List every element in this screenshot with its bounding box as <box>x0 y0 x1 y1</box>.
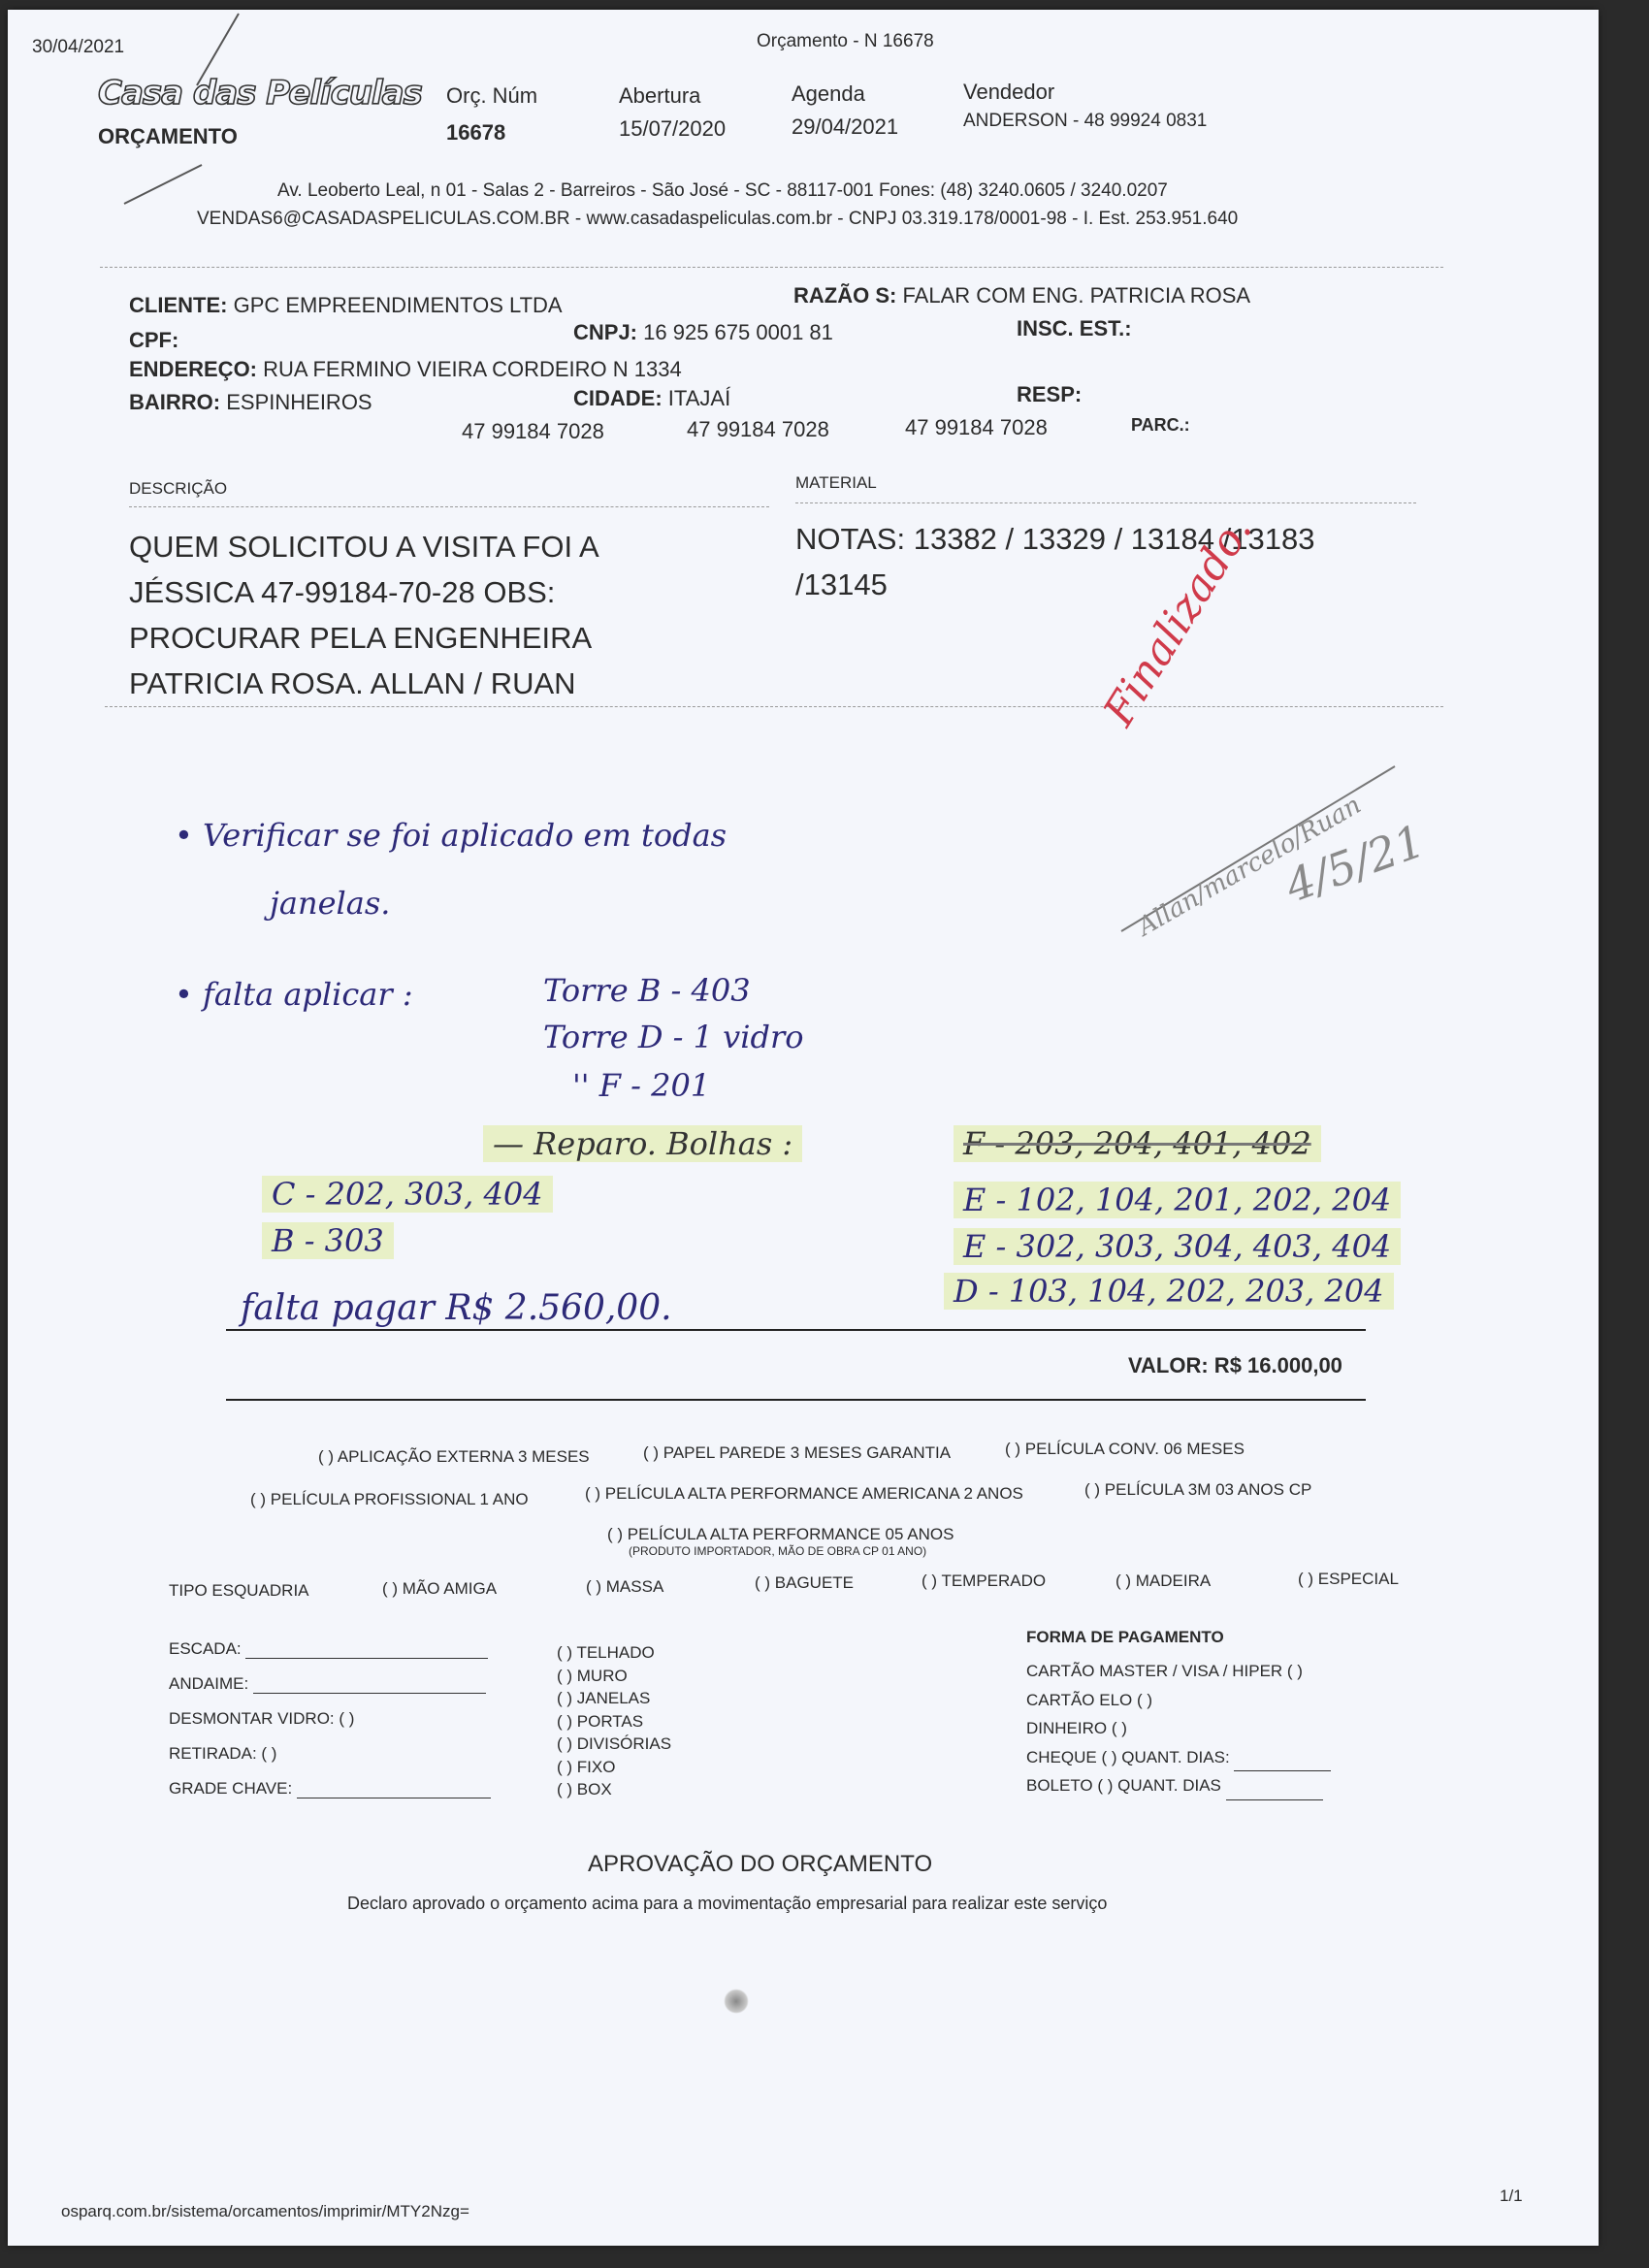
page-number: 1/1 <box>1500 2187 1523 2206</box>
payment-cartao-master[interactable]: CARTÃO MASTER / VISA / HIPER ( ) <box>1026 1657 1331 1686</box>
esquadria-mao-amiga[interactable]: ( ) MÃO AMIGA <box>382 1579 497 1599</box>
approval-title: APROVAÇÃO DO ORÇAMENTO <box>588 1851 932 1878</box>
service-janelas[interactable]: ( ) JANELAS <box>557 1687 671 1710</box>
option-pelicula-3m[interactable]: ( ) PELÍCULA 3M 03 ANOS CP <box>1084 1480 1311 1500</box>
handwritten-note: Torre D - 1 vidro <box>543 1019 804 1055</box>
service-fixo[interactable]: ( ) FIXO <box>557 1756 671 1779</box>
field-escada[interactable]: ESCADA: <box>169 1639 488 1659</box>
handwritten-reparo-f: F - 203, 204, 401, 402 <box>954 1125 1321 1162</box>
material-label: MATERIAL <box>795 473 877 493</box>
divider <box>226 1329 1366 1331</box>
handwritten-reparo: — Reparo. Bolhas : <box>483 1125 802 1162</box>
handwritten-note: janelas. <box>270 885 390 922</box>
service-divisorias[interactable]: ( ) DIVISÓRIAS <box>557 1733 671 1756</box>
razao-social: RAZÃO S: FALAR COM ENG. PATRICIA ROSA <box>793 283 1250 308</box>
esquadria-especial[interactable]: ( ) ESPECIAL <box>1298 1570 1399 1589</box>
cpf-label: CPF: <box>129 328 178 353</box>
handwritten-note: Torre B - 403 <box>543 972 751 1009</box>
handwritten-reparo-row: B - 303 <box>262 1222 394 1259</box>
doc-type: ORÇAMENTO <box>98 124 238 149</box>
field-value-vendedor: ANDERSON - 48 99924 0831 <box>963 111 1207 132</box>
phone-2: 47 99184 7028 <box>687 417 829 442</box>
client-address: ENDEREÇO: RUA FERMINO VIEIRA CORDEIRO N … <box>129 357 682 382</box>
option-pelicula-alta-performance[interactable]: ( ) PELÍCULA ALTA PERFORMANCE 05 ANOS <box>607 1525 954 1544</box>
company-contact: VENDAS6@CASADASPELICULAS.COM.BR - www.ca… <box>197 209 1238 230</box>
service-telhado[interactable]: ( ) TELHADO <box>557 1641 671 1665</box>
esquadria-madeira[interactable]: ( ) MADEIRA <box>1115 1571 1211 1591</box>
payment-dinheiro[interactable]: DINHEIRO ( ) <box>1026 1714 1331 1743</box>
handwritten-note: '' F - 201 <box>572 1067 710 1104</box>
esquadria-label: TIPO ESQUADRIA <box>169 1581 309 1601</box>
divider <box>795 502 1416 503</box>
resp-label: RESP: <box>1017 382 1082 407</box>
divider <box>100 267 1443 268</box>
payment-boleto[interactable]: BOLETO ( ) QUANT. DIAS <box>1026 1771 1331 1800</box>
client-cidade: CIDADE: ITAJAÍ <box>573 386 730 411</box>
option-pelicula-conv[interactable]: ( ) PELÍCULA CONV. 06 MESES <box>1005 1440 1245 1459</box>
field-label-agenda: Agenda <box>792 81 865 107</box>
pen-stroke-mark <box>105 146 221 213</box>
valor-total: VALOR: R$ 16.000,00 <box>1128 1353 1342 1378</box>
descricao-text: QUEM SOLICITOU A VISITA FOI A JÉSSICA 47… <box>129 524 599 706</box>
field-label-abertura: Abertura <box>619 83 700 109</box>
field-label-orc-num: Orç. Núm <box>446 83 537 109</box>
company-logo: Casa das Películas <box>98 74 422 113</box>
payment-cheque[interactable]: CHEQUE ( ) QUANT. DIAS: <box>1026 1743 1331 1772</box>
option-pelicula-americana[interactable]: ( ) PELÍCULA ALTA PERFORMANCE AMERICANA … <box>585 1484 1023 1504</box>
field-label-vendedor: Vendedor <box>963 80 1054 105</box>
divider <box>226 1399 1366 1401</box>
service-muro[interactable]: ( ) MURO <box>557 1665 671 1688</box>
handwritten-note: • Verificar se foi aplicado em todas <box>175 817 727 854</box>
service-portas[interactable]: ( ) PORTAS <box>557 1710 671 1733</box>
field-value-agenda: 29/04/2021 <box>792 114 898 140</box>
print-date: 30/04/2021 <box>32 37 124 58</box>
esquadria-baguete[interactable]: ( ) BAGUETE <box>755 1573 854 1593</box>
client-bairro: BAIRRO: ESPINHEIROS <box>129 390 372 415</box>
cnpj: CNPJ: 16 925 675 0001 81 <box>573 320 833 345</box>
esquadria-massa[interactable]: ( ) MASSA <box>586 1577 663 1597</box>
handwritten-reparo-row: E - 302, 303, 304, 403, 404 <box>954 1228 1401 1265</box>
company-address: Av. Leoberto Leal, n 01 - Salas 2 - Barr… <box>277 180 1168 202</box>
payment-cartao-elo[interactable]: CARTÃO ELO ( ) <box>1026 1686 1331 1715</box>
divider <box>129 506 769 507</box>
handwritten-reparo-row: D - 103, 104, 202, 203, 204 <box>944 1273 1394 1310</box>
payment-options: CARTÃO MASTER / VISA / HIPER ( ) CARTÃO … <box>1026 1657 1331 1800</box>
client-name: CLIENTE: GPC EMPREENDIMENTOS LTDA <box>129 293 563 318</box>
paper-stain <box>724 1989 749 2014</box>
option-papel-parede[interactable]: ( ) PAPEL PAREDE 3 MESES GARANTIA <box>643 1443 951 1463</box>
footer-url: osparq.com.br/sistema/orcamentos/imprimi… <box>61 2202 469 2221</box>
field-desmontar-vidro[interactable]: DESMONTAR VIDRO: ( ) <box>169 1709 354 1729</box>
field-retirada[interactable]: RETIRADA: ( ) <box>169 1744 276 1764</box>
field-value-orc-num: 16678 <box>446 120 505 146</box>
service-box[interactable]: ( ) BOX <box>557 1778 671 1801</box>
payment-title: FORMA DE PAGAMENTO <box>1026 1628 1224 1647</box>
option-pelicula-profissional[interactable]: ( ) PELÍCULA PROFISSIONAL 1 ANO <box>250 1490 529 1509</box>
divider <box>105 706 1443 707</box>
option-note: (PRODUTO IMPORTADOR, MÃO DE OBRA CP 01 A… <box>629 1544 926 1558</box>
insc-est-label: INSC. EST.: <box>1017 316 1132 341</box>
handwritten-reparo-row: C - 202, 303, 404 <box>262 1176 553 1213</box>
phone-3: 47 99184 7028 <box>905 415 1048 440</box>
esquadria-temperado[interactable]: ( ) TEMPERADO <box>921 1571 1046 1591</box>
field-value-abertura: 15/07/2020 <box>619 116 726 142</box>
handwritten-reparo-row: E - 102, 104, 201, 202, 204 <box>954 1182 1401 1218</box>
field-andaime[interactable]: ANDAIME: <box>169 1674 486 1694</box>
scanned-quote-document: 30/04/2021 Orçamento - N 16678 Casa das … <box>8 10 1599 2246</box>
doc-title: Orçamento - N 16678 <box>757 31 934 52</box>
parc-label: PARC.: <box>1131 415 1190 436</box>
field-grade-chave[interactable]: GRADE CHAVE: <box>169 1779 491 1798</box>
option-aplicacao-externa[interactable]: ( ) APLICAÇÃO EXTERNA 3 MESES <box>318 1447 590 1467</box>
phone-1: 47 99184 7028 <box>462 419 604 444</box>
services-checklist: ( ) TELHADO ( ) MURO ( ) JANELAS ( ) POR… <box>557 1641 671 1801</box>
descricao-label: DESCRIÇÃO <box>129 479 227 499</box>
approval-text: Declaro aprovado o orçamento acima para … <box>347 1894 1107 1914</box>
handwritten-note: • falta aplicar : <box>175 976 413 1013</box>
handwritten-falta-pagar: falta pagar R$ 2.560,00. <box>241 1288 672 1328</box>
